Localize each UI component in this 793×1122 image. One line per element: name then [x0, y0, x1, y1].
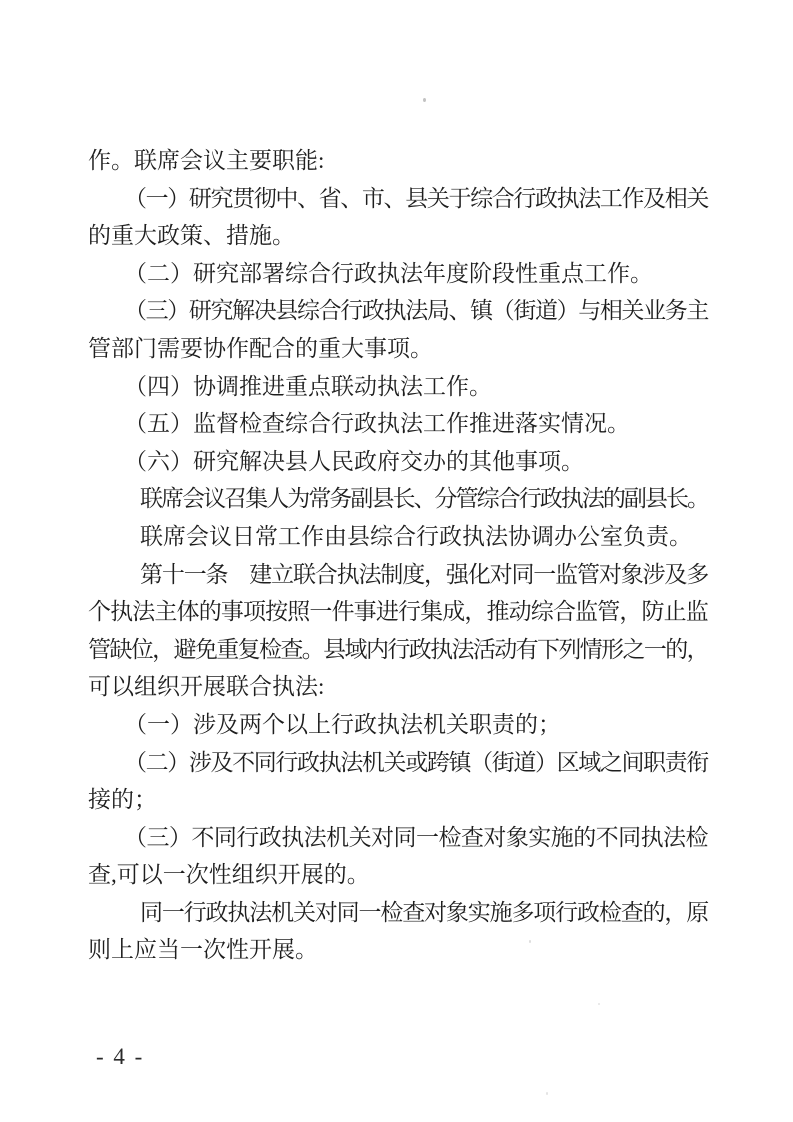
text-line-content: （一）涉及两个以上行政执法机关职责的；	[124, 712, 561, 737]
text-line: （二）涉及不同行政执法机关或跨镇（街道）区域之间职责衔	[88, 744, 708, 782]
text-line: 联席会议召集人为常务副县长、分管综合行政执法的副县长。	[88, 480, 708, 518]
text-line: 管缺位，避免重复检查。县域内行政执法活动有下列情形之一的，	[88, 631, 708, 669]
text-line-content: 则上应当一次性开展。	[88, 937, 318, 962]
text-line: 查,可以一次性组织开展的。	[88, 856, 708, 894]
text-line: 的重大政策、措施。	[88, 217, 708, 255]
text-line-content: 查,可以一次性组织开展的。	[88, 862, 370, 887]
text-line-content: 接的；	[88, 787, 157, 812]
text-line: 同一行政执法机关对同一检查对象实施多项行政检查的，原	[88, 894, 708, 932]
text-line-content: 作。联席会议主要职能:	[88, 148, 324, 173]
text-line: 接的；	[88, 781, 708, 819]
text-line: 联席会议日常工作由县综合行政执法协调办公室负责。	[88, 518, 708, 556]
scan-speck	[546, 1092, 548, 1095]
text-line: （二）研究部署综合行政执法年度阶段性重点工作。	[88, 255, 708, 293]
text-line article-heading-line: 第十一条 建立联合执法制度，强化对同一监管对象涉及多	[88, 556, 708, 594]
scan-speck	[529, 940, 531, 943]
scan-speck	[598, 1003, 600, 1005]
text-line-content: （五）监督检查综合行政执法工作推进落实情况。	[124, 411, 630, 436]
text-line-content: （一）研究贯彻中、省、市、县关于综合行政执法工作及相关	[124, 186, 708, 211]
text-line: 可以组织开展联合执法:	[88, 668, 708, 706]
text-line: 管部门需要协作配合的重大事项。	[88, 330, 708, 368]
text-line-content: （三）不同行政执法机关对同一检查对象实施的不同执法检	[124, 825, 708, 850]
text-line: （一）涉及两个以上行政执法机关职责的；	[88, 706, 708, 744]
text-line-content: 可以组织开展联合执法:	[88, 674, 324, 699]
text-line: （三）研究解决县综合行政执法局、镇（街道）与相关业务主	[88, 292, 708, 330]
document-body: 作。联席会议主要职能: （一）研究贯彻中、省、市、县关于综合行政执法工作及相关 …	[88, 142, 708, 969]
text-line-content: 个执法主体的事项按照一件事进行集成，推动综合监管，防止监	[88, 599, 708, 624]
text-line: （三）不同行政执法机关对同一检查对象实施的不同执法检	[88, 819, 708, 857]
text-line: 个执法主体的事项按照一件事进行集成，推动综合监管，防止监	[88, 593, 708, 631]
text-line-content: （六）研究解决县人民政府交办的其他事项。	[124, 449, 584, 474]
text-line-content: 同一行政执法机关对同一检查对象实施多项行政检查的，原	[140, 900, 708, 925]
text-line-content: （三）研究解决县综合行政执法局、镇（街道）与相关业务主	[124, 298, 708, 323]
text-line-content: （二）研究部署综合行政执法年度阶段性重点工作。	[124, 261, 653, 286]
document-page: 作。联席会议主要职能: （一）研究贯彻中、省、市、县关于综合行政执法工作及相关 …	[0, 0, 793, 1122]
text-line: 作。联席会议主要职能:	[88, 142, 708, 180]
text-line: 则上应当一次性开展。	[88, 931, 708, 969]
text-line-content: 联席会议召集人为常务副县长、分管综合行政执法的副县长。	[140, 486, 708, 511]
text-line: （六）研究解决县人民政府交办的其他事项。	[88, 443, 708, 481]
text-line: （四）协调推进重点联动执法工作。	[88, 368, 708, 406]
text-line-content: 联席会议日常工作由县综合行政执法协调办公室负责。	[140, 524, 692, 549]
text-line-content: （二）涉及不同行政执法机关或跨镇（街道）区域之间职责衔	[124, 750, 708, 775]
text-line-content: （四）协调推进重点联动执法工作。	[124, 374, 492, 399]
text-line: （五）监督检查综合行政执法工作推进落实情况。	[88, 405, 708, 443]
text-line-content: 管部门需要协作配合的重大事项。	[88, 336, 433, 361]
text-line-content: 第十一条 建立联合执法制度，强化对同一监管对象涉及多	[140, 562, 708, 587]
text-line-content: 的重大政策、措施。	[88, 223, 295, 248]
scan-speck	[423, 98, 426, 102]
text-line-content: 管缺位，避免重复检查。县域内行政执法活动有下列情形之一的，	[88, 637, 708, 662]
text-line: （一）研究贯彻中、省、市、县关于综合行政执法工作及相关	[88, 180, 708, 218]
page-number: - 4 -	[96, 1044, 144, 1070]
